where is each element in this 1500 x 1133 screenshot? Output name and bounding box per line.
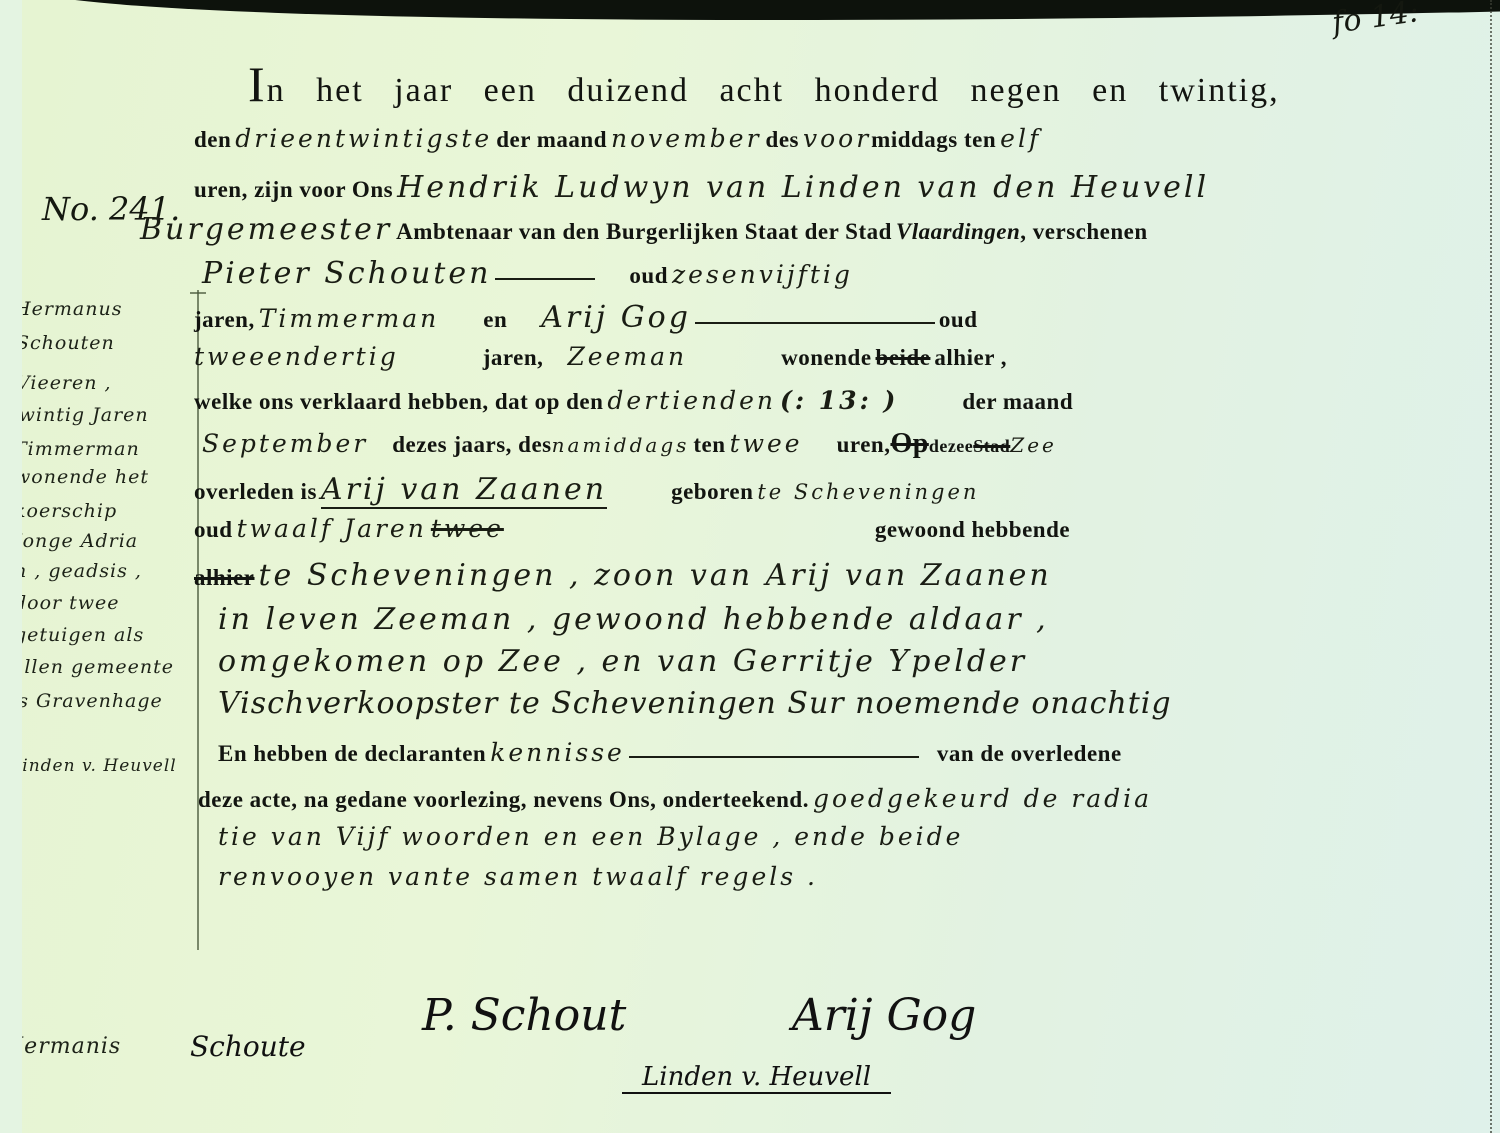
- handwritten-birthplace: te Scheveningen: [757, 480, 979, 504]
- signature-witness-2: P. Schout: [422, 990, 626, 1041]
- margin-note-line: n , geadsis ,: [22, 560, 142, 582]
- margin-note-line: Hermanus: [22, 298, 122, 320]
- printed-text: jaren,: [194, 307, 255, 332]
- margin-note-line: koerschip: [22, 500, 117, 522]
- handwritten-age: zesenvijftig: [672, 260, 853, 289]
- printed-text: der maand: [962, 389, 1073, 414]
- handwritten-parent-father: te Scheveningen , zoon van Arij van Zaan…: [259, 558, 1052, 593]
- form-line-declarant-1: Pieter Schouten oud zesenvijftig: [202, 256, 853, 291]
- form-line-mother: omgekomen op Zee , en van Gerritje Ypeld…: [218, 644, 1027, 679]
- handwritten-death-month: September: [202, 429, 368, 458]
- margin-note-line: door twee: [22, 592, 120, 614]
- form-line-note-cont: tie van Vijf woorden en een Bylage , end…: [218, 822, 963, 851]
- printed-text: der maand: [496, 127, 607, 152]
- form-line-signing: deze acte, na gedane voorlezing, nevens …: [198, 784, 1152, 813]
- printed-text: dezee: [929, 436, 973, 456]
- handwritten-declarant-2: Arij Gog: [541, 300, 691, 335]
- printed-text: en: [483, 307, 507, 332]
- struck-text: Stad: [973, 436, 1010, 456]
- margin-note-line: Jonge Adria: [22, 530, 138, 552]
- margin-note-line: twintig Jaren: [22, 404, 149, 426]
- printed-text: dezes jaars, des: [392, 432, 551, 457]
- handwritten-relation: kennisse: [490, 738, 625, 767]
- printed-text: ten: [693, 432, 725, 457]
- handwritten-father-details: in leven Zeeman , gewoond hebbende aldaa…: [218, 602, 1049, 637]
- struck-text: Op: [890, 428, 928, 459]
- struck-text: beide: [876, 345, 931, 370]
- handwritten-death-day: dertienden: [607, 386, 776, 415]
- printed-text: uren, zijn voor Ons: [194, 177, 393, 202]
- margin-note-line: getuigen als: [22, 624, 144, 646]
- handwritten-declarant-1: Pieter Schouten: [202, 256, 491, 291]
- page-curl-shadow: [22, 0, 1500, 45]
- handwritten-death-day-number: (: 13: ): [780, 386, 898, 415]
- printed-text: jaren,: [483, 345, 544, 370]
- handwritten-deceased-age: twaalf Jaren: [237, 514, 427, 543]
- folio-number: fo 14:: [1330, 0, 1421, 41]
- form-line-declarant-2: jaren, Timmerman en Arij Gog oud: [194, 300, 978, 335]
- city-name: Vlaardingen: [896, 219, 1020, 244]
- margin-note-line: Timmerman: [22, 438, 140, 460]
- handwritten-occupation: Zeeman: [567, 342, 687, 371]
- printed-text: deze acte, na gedane voorlezing, nevens …: [198, 787, 809, 812]
- fill-line: [695, 322, 935, 324]
- scan-left-edge: [0, 0, 22, 1133]
- form-line-residence: tweeendertig jaren, Zeeman wonende beide…: [194, 342, 1007, 371]
- printed-text: den: [194, 127, 231, 152]
- handwritten-day: drieentwintigste: [235, 124, 492, 153]
- handwritten-approval-note: goedgekeurd de radia: [813, 784, 1152, 813]
- printed-text: uren,: [837, 432, 891, 457]
- form-line-residence-deceased: alhier te Scheveningen , zoon van Arij v…: [194, 558, 1052, 593]
- printed-text: gewoond hebbende: [875, 517, 1070, 542]
- printed-text: welke ons verklaard hebben, dat op den: [194, 389, 603, 414]
- printed-text: middags ten: [871, 127, 996, 152]
- printed-text: , verschenen: [1020, 219, 1147, 244]
- handwritten-death-hour: twee: [730, 429, 803, 458]
- handwritten-mother-name: omgekomen op Zee , en van Gerritje Ypeld…: [218, 644, 1027, 679]
- printed-text: En hebben de declaranten: [218, 741, 486, 766]
- margin-note-line: Schouten: [22, 332, 115, 354]
- handwritten-occupation: Timmerman: [259, 304, 440, 333]
- handwritten-month: november: [611, 124, 762, 153]
- handwritten-part-of-day: namiddags: [552, 433, 690, 457]
- handwritten-approval-note: renvooyen vante samen twaalf regels .: [218, 862, 818, 891]
- margin-note-line: 's Gravenhage: [22, 690, 163, 712]
- form-line-death-time: September dezes jaars, desnamiddags ten …: [202, 428, 1057, 460]
- form-line-mother-occupation: Vischverkoopster te Scheveningen Sur noe…: [218, 686, 1172, 721]
- signature-witness-3: Arij Gog: [792, 990, 976, 1041]
- printed-text: oud: [629, 263, 668, 288]
- form-line-official: uren, zijn voor Ons Hendrik Ludwyn van L…: [194, 170, 1209, 205]
- heading-text: n het jaar een duizend acht honderd nege…: [267, 72, 1280, 109]
- handwritten-title: Burgemeester: [140, 212, 392, 247]
- form-line-date: den drieentwintigste der maand november …: [194, 124, 1041, 153]
- fill-line: [495, 278, 595, 280]
- handwritten-official-name: Hendrik Ludwyn van Linden van den Heuvel…: [397, 170, 1209, 205]
- printed-text: overleden is: [194, 479, 317, 504]
- margin-initials: Linden v. Heuvell: [22, 756, 177, 776]
- handwritten-mother-details: Vischverkoopster te Scheveningen Sur noe…: [218, 686, 1172, 721]
- handwritten-place: Zee: [1010, 433, 1057, 457]
- printed-text: wonende: [781, 345, 871, 370]
- form-line-declaration: welke ons verklaard hebben, dat op den d…: [194, 386, 1073, 415]
- signature-official: Linden v. Heuvell: [622, 1062, 891, 1094]
- printed-text: des: [766, 127, 799, 152]
- form-line-father-occupation: in leven Zeeman , gewoond hebbende aldaa…: [218, 602, 1049, 637]
- margin-bottom-name: Hermanis: [22, 1034, 121, 1059]
- margin-note-line: allen gemeente: [22, 656, 174, 678]
- form-line-age: oud twaalf Jaren twee gewoond hebbende: [194, 514, 1070, 543]
- drop-cap: I: [248, 56, 267, 112]
- handwritten-deceased-name: Arij van Zaanen: [321, 472, 607, 509]
- handwritten-part-of-day: voor: [803, 124, 871, 153]
- page-right-edge: [1490, 0, 1500, 1133]
- printed-text: Ambtenaar van den Burgerlijken Staat der…: [396, 219, 892, 244]
- fill-line: [629, 756, 919, 758]
- form-line-relation: En hebben de declaranten kennisse van de…: [218, 738, 1122, 767]
- printed-text: geboren: [671, 479, 753, 504]
- signature-witness-1: Schoute: [190, 1030, 306, 1063]
- printed-text: alhier ,: [934, 345, 1007, 370]
- printed-text: oud: [939, 307, 978, 332]
- form-line-note-end: renvooyen vante samen twaalf regels .: [218, 862, 818, 891]
- form-line-deceased: overleden is Arij van Zaanen geboren te …: [194, 472, 979, 509]
- form-line-office: Burgemeester Ambtenaar van den Burgerlij…: [140, 212, 1148, 247]
- handwritten-age: tweeendertig: [194, 342, 399, 371]
- handwritten-hour: elf: [1000, 124, 1041, 153]
- margin-note-line: Vieeren ,: [22, 372, 112, 394]
- printed-text: van de overledene: [937, 741, 1122, 766]
- struck-text: twee: [431, 514, 871, 543]
- form-heading: In het jaar een duizend acht honderd neg…: [248, 55, 1280, 113]
- register-page: fo 14: No. 241. Hermanus Schouten Vieere…: [22, 0, 1500, 1133]
- struck-text: alhier: [194, 565, 255, 590]
- handwritten-approval-note: tie van Vijf woorden en een Bylage , end…: [218, 822, 963, 851]
- margin-note-line: wonende het: [22, 466, 149, 488]
- printed-text: oud: [194, 517, 233, 542]
